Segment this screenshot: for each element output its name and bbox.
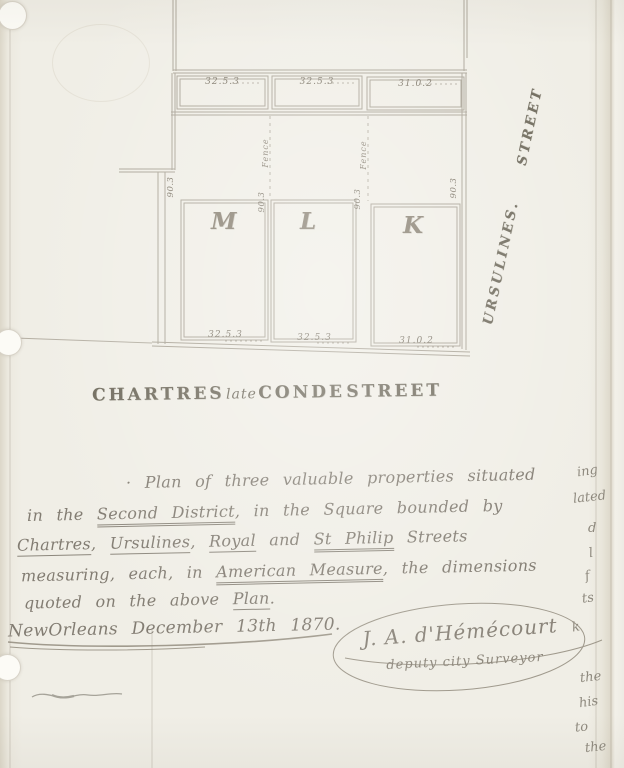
side-measure: 90.3 [257,187,267,217]
stain-mark [52,24,150,102]
edge-fragment: ing [576,463,599,481]
street-word: STREET [346,381,442,402]
lot-bottom-measure: 32.5.3 [273,333,356,343]
lot-letter-m: M [211,208,236,235]
street-word: CONDE [258,382,345,403]
top-lot-measure: 32.5.3 [272,77,362,87]
side-measure: 90.3 [449,173,459,203]
edge-fragment: d [588,521,596,536]
edge-fragment: the [584,739,607,756]
scanned-survey-document: 32.5.3 32.5.3 31.0.2 Fence Fence 90.3 90… [0,0,624,768]
edge-fragment: ts [581,590,595,607]
edge-fragment: his [578,694,599,712]
lot-letter-k: K [403,212,423,239]
top-lot-measure: 31.0.2 [367,79,464,89]
edge-fragment: the [579,669,602,686]
street-word: CHARTRES [92,384,225,406]
lot-bottom-measure: 32.5.3 [183,330,268,340]
lot-bottom-measure: 31.0.2 [373,336,460,346]
fence-label: Fence [359,138,369,172]
lot-letter-l: L [300,208,316,235]
note-line-5: quoted on the above Plan. [24,588,275,612]
fence-label: Fence [261,136,271,170]
side-measure: 90.3 [353,184,363,214]
side-measure: 90.3 [166,172,176,202]
street-word-late: late [226,386,257,402]
top-lot-measure: 32.5.3 [177,77,268,87]
edge-fragment: to [574,719,589,735]
